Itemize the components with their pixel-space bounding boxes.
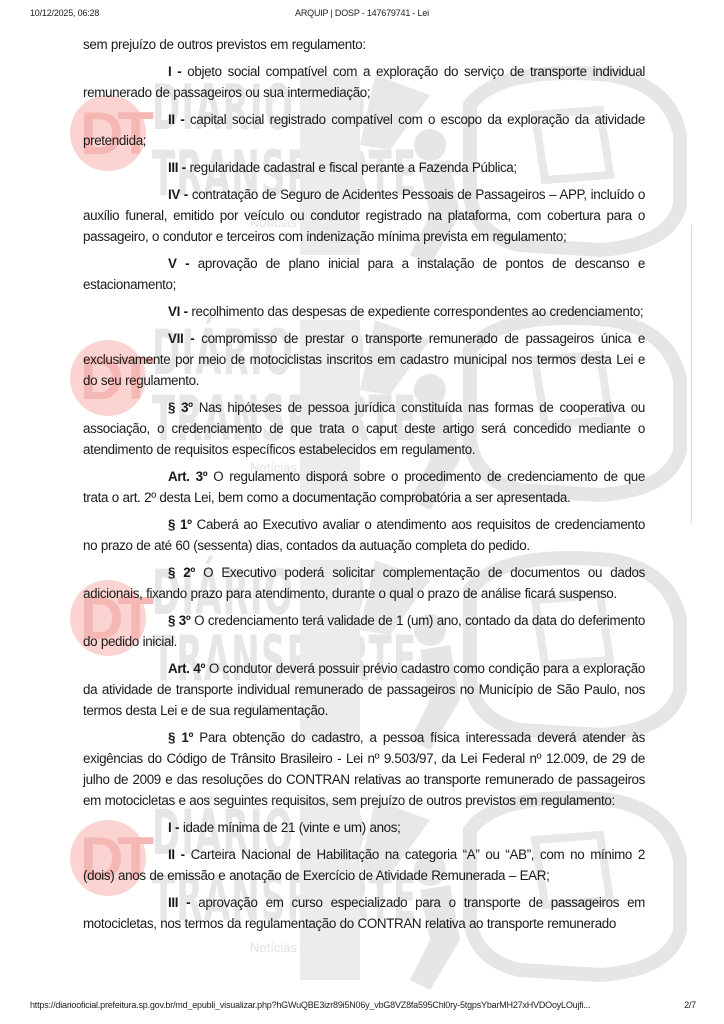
paragraph: II - Carteira Nacional de Habilitação na… bbox=[83, 844, 645, 886]
paragraph-lead: VII - bbox=[168, 331, 194, 346]
page-edge-line bbox=[691, 225, 692, 523]
paragraph-text: recolhimento das despesas de expediente … bbox=[188, 304, 644, 319]
watermark-tagline: Notícias bbox=[250, 940, 297, 955]
paragraph-lead: VI - bbox=[168, 304, 188, 319]
paragraph-lead: Art. 3º bbox=[168, 469, 207, 484]
paragraph: Art. 3º O regulamento disporá sobre o pr… bbox=[83, 466, 645, 508]
paragraph: § 1º Caberá ao Executivo avaliar o atend… bbox=[83, 514, 645, 556]
paragraph-lead: III - bbox=[168, 895, 190, 910]
print-url: https://diariooficial.prefeitura.sp.gov.… bbox=[30, 1000, 670, 1010]
paragraph: V - aprovação de plano inicial para a in… bbox=[83, 253, 645, 295]
paragraph-lead: I - bbox=[168, 820, 179, 835]
paragraph-lead: III - bbox=[168, 160, 186, 175]
paragraph: III - regularidade cadastral e fiscal pe… bbox=[83, 157, 645, 178]
paragraph-lead: § 1º bbox=[168, 730, 193, 745]
paragraph-lead: § 2º bbox=[168, 565, 195, 580]
print-header: 10/12/2025, 06:28 ARQUIP | DOSP - 147679… bbox=[0, 8, 724, 22]
paragraph: I - idade mínima de 21 (vinte e um) anos… bbox=[83, 817, 645, 838]
paragraph: sem prejuízo de outros previstos em regu… bbox=[83, 34, 645, 55]
paragraph: § 3º O credenciamento terá validade de 1… bbox=[83, 610, 645, 652]
paragraph: III - aprovação em curso especializado p… bbox=[83, 892, 645, 934]
document-body: sem prejuízo de outros previstos em regu… bbox=[83, 34, 645, 940]
print-footer: https://diariooficial.prefeitura.sp.gov.… bbox=[0, 1000, 724, 1014]
paragraph: II - capital social registrado compatíve… bbox=[83, 109, 645, 151]
paragraph: VII - compromisso de prestar o transport… bbox=[83, 328, 645, 391]
paragraph-lead: § 1º bbox=[168, 517, 192, 532]
paragraph-lead: IV - bbox=[168, 187, 188, 202]
paragraph: VI - recolhimento das despesas de expedi… bbox=[83, 301, 645, 322]
paragraph-lead: II - bbox=[168, 847, 185, 862]
paragraph-text: regularidade cadastral e fiscal perante … bbox=[186, 160, 517, 175]
paragraph-lead: § 3º bbox=[168, 400, 193, 415]
paragraph-lead: II - bbox=[168, 112, 184, 127]
paragraph: § 1º Para obtenção do cadastro, a pessoa… bbox=[83, 727, 645, 811]
paragraph: I - objeto social compatível com a explo… bbox=[83, 61, 645, 103]
paragraph-text: sem prejuízo de outros previstos em regu… bbox=[83, 37, 366, 52]
page-number: 2/7 bbox=[684, 1000, 696, 1010]
print-document-title: ARQUIP | DOSP - 147679741 - Lei bbox=[0, 8, 724, 18]
paragraph: § 2º O Executivo poderá solicitar comple… bbox=[83, 562, 645, 604]
paragraph-text: idade mínima de 21 (vinte e um) anos; bbox=[179, 820, 400, 835]
paragraph-lead: I - bbox=[168, 64, 181, 79]
paragraph: Art. 4º O condutor deverá possuir prévio… bbox=[83, 658, 645, 721]
paragraph-lead: § 3º bbox=[168, 613, 190, 628]
paragraph: IV - contratação de Seguro de Acidentes … bbox=[83, 184, 645, 247]
paragraph-lead: V - bbox=[168, 256, 189, 271]
paragraph-lead: Art. 4º bbox=[168, 661, 205, 676]
paragraph: § 3º Nas hipóteses de pessoa jurídica co… bbox=[83, 397, 645, 460]
